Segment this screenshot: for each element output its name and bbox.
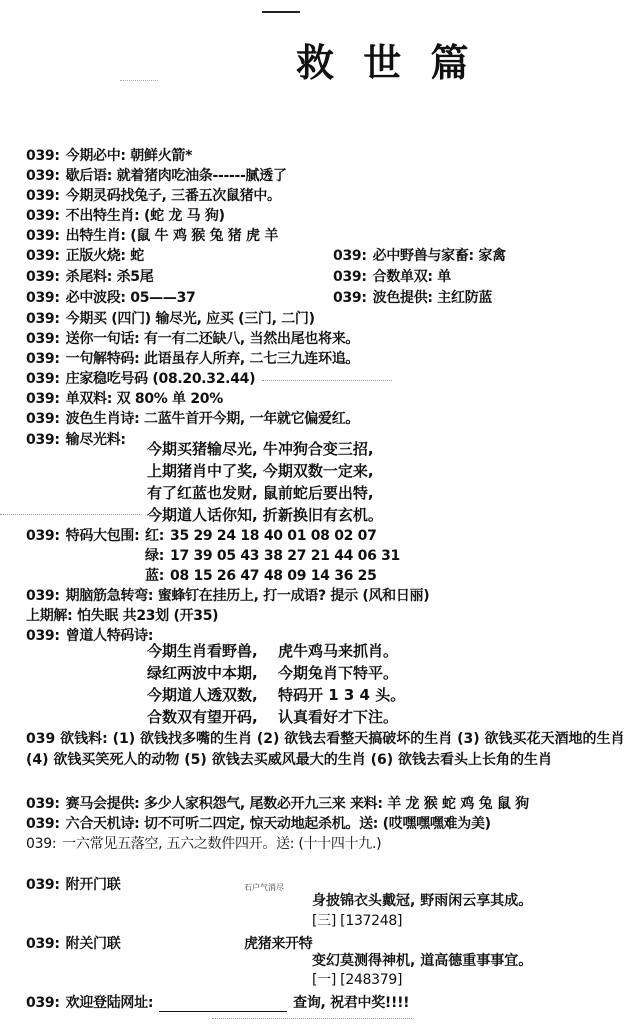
row-text: 曾道人特码诗: [66,628,154,644]
row-prefix: 039: [26,290,60,306]
open-couplet-heading: 039:附开门联 [26,876,120,894]
row-prefix: 039: [26,796,60,812]
row-riddle: 039:期脑筋急转弯: 蜜蜂钉在挂历上, 打一成语? 提示 (风和日丽) [26,587,429,605]
row-text: 六合天机诗: 切不可听二四定, 惊天动地起杀机。送: (哎嘿嘿嘿难为美) [66,816,491,832]
row-horse-club: 039:赛马会提供: 多少人家积怨气, 尾数必开九三来 来料: 羊 龙 猴 蛇 … [26,795,529,813]
row-lose-all: 039:输尽光料: [26,431,126,449]
row-doors: 039:今期买 (四门) 输尽光, 应买 (三门, 二门) [26,310,315,328]
row-prefix: 039: [26,208,60,224]
open-couplet-code: [三] [137248] [312,912,402,930]
row-prefix: 039: [26,528,60,544]
row-prefix: 039: [26,877,60,893]
row-text: 一句解特码: 此语虽存人所弃, 二七三九连环追。 [66,351,359,367]
row-prefix: 039: [26,432,60,448]
poem1-line: 今期买猪输尽光, 牛冲狗合变三招, [147,438,374,460]
page-title: 救 世 篇 [296,32,476,87]
close-couplet-label: 附关门联 [66,936,121,952]
row-prefix: 039: [26,188,60,204]
special-numbers-label: 特码大包围: [66,528,140,544]
row-text: 必中野兽与家畜: 家禽 [373,248,506,264]
row-prefix: 039: [26,248,60,264]
row-odd-even-odds: 039:单双料: 双 80% 单 20% [26,390,223,408]
special-numbers-green: 绿:17 39 05 43 38 27 21 44 06 31 [145,547,400,565]
poem2-line-b: 今期兔肖下特平。 [278,662,398,684]
row-prefix: 039: [333,269,367,285]
poem2-line-b: 特码开 1 3 4 头。 [278,684,405,706]
special-numbers-blue: 蓝:08 15 26 47 48 09 14 36 25 [145,567,377,585]
footer-suffix: 查询, 祝君中奖!!!! [293,995,409,1011]
row-prefix: 039: [26,816,60,832]
numbers-red: 35 29 24 18 40 01 08 02 07 [170,528,377,544]
dotted-rule [0,514,140,516]
row-text: 波色生肖诗: 二蓝牛首开今期, 一年就它偏爱红。 [66,411,359,427]
row-text: 期脑筋急转弯: 蜜蜂钉在挂历上, 打一成语? 提示 (风和日丽) [66,588,430,604]
open-couplet-hint: 石户气消尽 [244,882,284,893]
color-label-blue: 蓝: [145,568,164,584]
poem2-line-b: 认真看好才下注。 [278,706,398,728]
row-prefix: 039: [26,351,60,367]
row-text: 今期必中: 朝鲜火箭* [66,148,193,164]
row-wave-range: 039:必中波段: 05——37 [26,289,195,307]
faint-mark [120,80,158,83]
row-must-win: 039:今期必中: 朝鲜火箭* [26,147,192,165]
row-text: 必中波段: 05——37 [66,290,196,306]
dotted-rule [262,380,392,382]
row-yes-zodiac: 039:出特生肖: (鼠 牛 鸡 猴 兔 猪 虎 羊 [26,227,278,245]
row-no-zodiac: 039:不出特生肖: (蛇 龙 马 狗) [26,207,225,225]
row-text: 杀尾料: 杀5尾 [66,269,154,285]
row-lucky-code: 039:今期灵码找兔子, 三番五次鼠猪中。 [26,187,281,205]
poem2-line-a: 绿红两波中本期, [147,662,258,684]
row-kill-tail: 039:杀尾料: 杀5尾 [26,268,153,286]
row-text: 今期买 (四门) 输尽光, 应买 (三门, 二门) [66,311,315,327]
row-prefix: 039: [26,391,60,407]
row-prefix: 039: [26,331,60,347]
row-prefix: 039: [26,411,60,427]
special-numbers-heading: 039:特码大包围: [26,527,139,545]
close-couplet-heading: 039:附关门联 [26,935,120,953]
poem2-line-a: 今期生肖看野兽, [147,640,258,662]
row-banker-numbers: 039:庄家稳吃号码 (08.20.32.44) [26,370,255,388]
row-prefix: 039: [333,290,367,306]
row-fire: 039:正版火烧: 蛇 [26,247,144,265]
row-text: 波色提供: 主红防蓝 [373,290,492,306]
special-numbers-red: 红:35 29 24 18 40 01 08 02 07 [145,527,377,545]
row-beast: 039:必中野兽与家畜: 家禽 [333,247,506,265]
poem2-line-a: 合数双有望开码, [147,706,258,728]
row-text: 合数单双: 单 [373,269,451,285]
row-prefix: 039: [26,168,60,184]
open-couplet-verse: 身披锦衣头戴冠, 野雨闲云享其成。 [312,890,532,912]
dotted-rule [212,1018,412,1020]
row-text: 庄家稳吃号码 (08.20.32.44) [66,371,256,387]
row-prefix: 039: [26,228,60,244]
poem1-line: 今期道人话你知, 折新换旧有玄机。 [147,504,383,526]
row-text: 不出特生肖: (蛇 龙 马 狗) [66,208,225,224]
row-sixty: 039:一六常见五落空, 五六之数件四开。送: (十十四十九.) [26,835,381,853]
footer-label: 欢迎登陆网址: [66,995,154,1011]
poem2-line-a: 今期道人透双数, [147,684,258,706]
close-couplet-hint: 虎猪来开特 [244,935,313,953]
row-prefix: 039: [333,248,367,264]
poem2-line-b: 虎牛鸡马来抓肖。 [278,640,398,662]
row-prefix: 039: [26,628,60,644]
row-last-answer: 上期解: 怕失眠 共23划 (开35) [26,607,218,625]
row-prefix: 039: [26,588,60,604]
row-text: 歇后语: 就着猪肉吃油条------腻透了 [66,168,287,184]
row-odd-even: 039:合数单双: 单 [333,268,451,286]
poem1-line: 有了红蓝也发财, 鼠前蛇后要出特, [147,482,374,504]
row-prefix: 039: [26,269,60,285]
close-couplet-verse: 变幻莫测得神机, 道高德重事事宜。 [312,950,532,972]
row-prefix: 039: [26,311,60,327]
row-text: 输尽光料: [66,432,126,448]
color-label-red: 红: [145,528,164,544]
row-text: 出特生肖: (鼠 牛 鸡 猴 兔 猪 虎 羊 [66,228,278,244]
row-text: 正版火烧: 蛇 [66,248,144,264]
row-gift-phrase: 039:送你一句话: 有一有二还缺八, 当然出尾也将来。 [26,330,359,348]
numbers-green: 17 39 05 43 38 27 21 44 06 31 [170,548,400,564]
row-prefix: 039: [26,836,56,852]
row-prefix: 039: [26,995,60,1011]
row-prefix: 039: [26,371,60,387]
row-prefix: 039: [26,936,60,952]
close-couplet-code: [一] [248379] [312,971,402,989]
row-text: 一六常见五落空, 五六之数件四开。送: (十十四十九.) [62,836,381,852]
row-wave-poem: 039:波色生肖诗: 二蓝牛首开今期, 一年就它偏爱红。 [26,410,359,428]
footer-line: 039:欢迎登陆网址:查询, 祝君中奖!!!! [26,994,409,1012]
url-blank [159,997,287,1012]
poem1-line: 上期猪肖中了奖, 今期双数一定来, [147,460,374,482]
row-poem2-heading: 039:曾道人特码诗: [26,627,153,645]
row-prefix: 039: [26,148,60,164]
row-wave-color: 039:波色提供: 主红防蓝 [333,289,492,307]
row-liuhe-poem: 039:六合天机诗: 切不可听二四定, 惊天动地起杀机。送: (哎嘿嘿嘿难为美) [26,815,491,833]
color-label-green: 绿: [145,548,164,564]
numbers-blue: 08 15 26 47 48 09 14 36 25 [170,568,377,584]
row-phrase-code: 039:一句解特码: 此语虽存人所弃, 二七三九连环追。 [26,350,359,368]
open-couplet-label: 附开门联 [66,877,121,893]
row-text: 今期灵码找兔子, 三番五次鼠猪中。 [66,188,281,204]
row-text: 赛马会提供: 多少人家积怨气, 尾数必开九三来 来料: 羊 龙 猴 蛇 鸡 兔 … [66,796,529,812]
top-rule [262,11,300,13]
row-saying: 039:歇后语: 就着猪肉吃油条------腻透了 [26,167,287,185]
row-text: 单双料: 双 80% 单 20% [66,391,223,407]
money-riddle-paragraph: 039 欲钱料: (1) 欲钱找多嘴的生肖 (2) 欲钱去看整天搞破坏的生肖 (… [26,729,626,771]
row-text: 送你一句话: 有一有二还缺八, 当然出尾也将来。 [66,331,359,347]
